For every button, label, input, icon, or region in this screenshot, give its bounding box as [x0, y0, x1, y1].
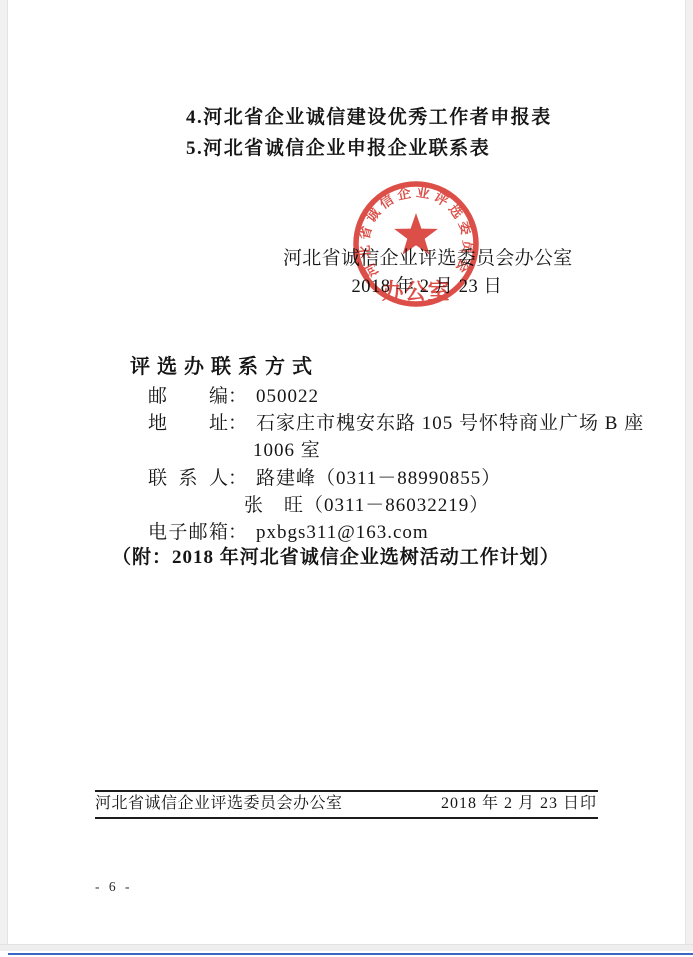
contact-section-heading: 评选办联系方式: [130, 357, 319, 377]
footer-rule-top: [95, 790, 598, 792]
contact-colon: ：: [228, 414, 247, 433]
contact-label: 邮编: [148, 387, 228, 406]
viewer-right-margin-strip: [685, 0, 693, 951]
contact-row-person: 联系人：路建峰（0311－88990855）: [148, 469, 501, 488]
contact-value: 石家庄市槐安东路 105 号怀特商业广场 B 座: [256, 414, 644, 433]
contact-label: 电子邮箱: [148, 523, 228, 542]
contact-row-address-cont: 1006 室: [253, 441, 321, 460]
attachment-list-item-5: 5.河北省诚信企业申报企业联系表: [186, 139, 490, 158]
contact-value: 路建峰（0311－88990855）: [256, 469, 501, 488]
attachment-note: （附：2018 年河北省诚信企业选树活动工作计划）: [112, 548, 560, 567]
contact-value: pxbgs311@163.com: [256, 523, 429, 542]
contact-label: 地址: [148, 414, 228, 433]
footer-issuer: 河北省诚信企业评选委员会办公室: [95, 796, 343, 812]
contact-row-person-cont: 张 旺（0311－86032219）: [244, 496, 489, 515]
contact-label: 联系人: [148, 469, 228, 488]
contact-value: 050022: [256, 387, 319, 406]
official-seal-stamp: 河北省诚信企业评选委员会 办公室: [350, 178, 482, 310]
page-number: - 6 -: [95, 880, 133, 894]
contact-colon: ：: [228, 523, 247, 542]
attachment-list-item-4: 4.河北省企业诚信建设优秀工作者申报表: [186, 108, 552, 127]
page-break-accent-line: [8, 953, 693, 955]
contact-row-email: 电子邮箱：pxbgs311@163.com: [148, 523, 429, 542]
contact-row-postcode: 邮编：050022: [148, 387, 319, 406]
footer-rule-bottom: [95, 817, 598, 819]
viewer-left-margin-strip: [0, 0, 8, 951]
contact-row-address: 地址：石家庄市槐安东路 105 号怀特商业广场 B 座: [148, 414, 644, 433]
contact-colon: ：: [228, 469, 247, 488]
seal-center-text: 办公室: [381, 279, 450, 304]
document-viewer: 4.河北省企业诚信建设优秀工作者申报表 5.河北省诚信企业申报企业联系表 河北省…: [0, 0, 693, 957]
contact-colon: ：: [228, 387, 247, 406]
footer-print-date: 2018 年 2 月 23 日印: [441, 796, 597, 812]
star-icon: [394, 213, 438, 255]
